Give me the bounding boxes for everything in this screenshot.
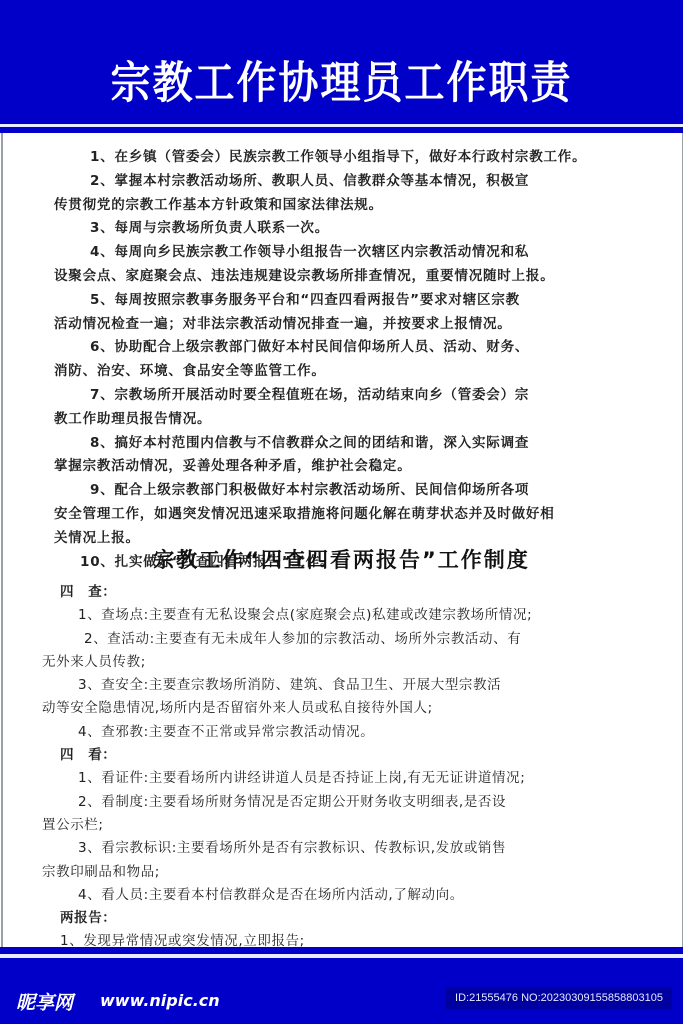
look-line: 1、看证件:主要看场所内讲经讲道人员是否持证上岗,有无无证讲道情况;: [78, 770, 525, 786]
look-item-4: 4、看人员:主要看本村信教群众是否在场所内活动,了解动向。: [60, 884, 640, 907]
duty-item-1: 1、在乡镇（管委会）民族宗教工作领导小组指导下，做好本行政村宗教工作。: [72, 146, 632, 170]
two-reports-heading: 两报告：: [60, 907, 640, 930]
duty-line: 传贯彻党的宗教工作基本方针政策和国家法律法规。: [54, 197, 383, 213]
duty-line: 掌握宗教活动情况，妥善处理各种矛盾，维护社会稳定。: [54, 458, 412, 474]
check-line: 2、查活动:主要查有无未成年人参加的宗教活动、场所外宗教活动、有: [84, 631, 521, 647]
duty-line: 5、每周按照宗教事务服务平台和“四查四看两报告”要求对辖区宗教: [90, 292, 520, 308]
system-rules: 四 查： 1、查场点:主要查有无私设聚会点(家庭聚会点)私建或改建宗教场所情况;…: [60, 581, 640, 977]
footer-divider-strip: [0, 947, 683, 954]
duty-line: 活动情况检查一遍；对非法宗教活动情况排查一遍，并按要求上报情况。: [54, 316, 512, 332]
duty-item-2: 2、掌握本村宗教活动场所、教职人员、信教群众等基本情况，积极宣传贯彻党的宗教工作…: [72, 170, 632, 218]
duty-line: 消防、治安、环境、食品安全等监管工作。: [54, 363, 326, 379]
watermark-logo: 昵享网: [16, 988, 73, 1015]
duty-line: 设聚会点、家庭聚会点、违法违规建设宗教场所排查情况，重要情况随时上报。: [54, 268, 555, 284]
duty-item-9: 9、配合上级宗教部门积极做好本村宗教活动场所、民间信仰场所各项安全管理工作，如遇…: [72, 479, 632, 550]
check-item-3: 3、查安全:主要查宗教场所消防、建筑、食品卫生、开展大型宗教活动等安全隐患情况,…: [60, 674, 640, 721]
header-banner: 宗教工作协理员工作职责: [0, 0, 683, 124]
duty-line: 安全管理工作，如遇突发情况迅速采取措施将问题化解在萌芽状态并及时做好相: [54, 506, 555, 522]
look-line: 2、看制度:主要看场所财务情况是否定期公开财务收支明细表,是否设: [78, 794, 506, 810]
check-line: 4、查邪教:主要查不正常或异常宗教活动情况。: [78, 724, 374, 740]
check-item-2: 2、查活动:主要查有无未成年人参加的宗教活动、场所外宗教活动、有无外来人员传教;: [60, 628, 640, 675]
duty-line: 1、在乡镇（管委会）民族宗教工作领导小组指导下，做好本行政村宗教工作。: [90, 149, 586, 165]
check-line: 动等安全隐患情况,场所内是否留宿外来人员或私自接待外国人;: [42, 700, 433, 716]
duty-item-5: 5、每周按照宗教事务服务平台和“四查四看两报告”要求对辖区宗教活动情况检查一遍；…: [72, 289, 632, 337]
footer-banner: 昵享网 www.nipic.cn ID:21555476 NO:20230309…: [0, 958, 683, 1024]
duty-line: 3、每周与宗教场所负责人联系一次。: [90, 220, 329, 236]
check-line: 无外来人员传教;: [42, 654, 146, 670]
duty-item-4: 4、每周向乡民族宗教工作领导小组报告一次辖区内宗教活动情况和私设聚会点、家庭聚会…: [72, 241, 632, 289]
duty-line: 9、配合上级宗教部门积极做好本村宗教活动场所、民间信仰场所各项: [90, 482, 529, 498]
look-item-1: 1、看证件:主要看场所内讲经讲道人员是否持证上岗,有无无证讲道情况;: [60, 767, 640, 790]
duty-item-6: 6、协助配合上级宗教部门做好本村民间信仰场所人员、活动、财务、消防、治安、环境、…: [72, 336, 632, 384]
watermark-id: ID:21555476 NO:20230309155858803105: [446, 987, 672, 1009]
look-item-3: 3、看宗教标识:主要看场所外是否有宗教标识、传教标识,发放或销售宗教印刷品和物品…: [60, 837, 640, 884]
duty-line: 4、每周向乡民族宗教工作领导小组报告一次辖区内宗教活动情况和私: [90, 244, 529, 260]
duty-line: 8、搞好本村范围内信教与不信教群众之间的团结和谐，深入实际调查: [90, 435, 529, 451]
duty-line: 7、宗教场所开展活动时要全程值班在场，活动结束向乡（管委会）宗: [90, 387, 529, 403]
look-line: 置公示栏;: [42, 817, 104, 833]
duty-line: 2、掌握本村宗教活动场所、教职人员、信教群众等基本情况，积极宣: [90, 173, 529, 189]
check-line: 1、查场点:主要查有无私设聚会点(家庭聚会点)私建或改建宗教场所情况;: [78, 607, 532, 623]
page-title: 宗教工作协理员工作职责: [111, 48, 573, 111]
check-item-4: 4、查邪教:主要查不正常或异常宗教活动情况。: [60, 721, 640, 744]
duty-line: 6、协助配合上级宗教部门做好本村民间信仰场所人员、活动、财务、: [90, 339, 529, 355]
duty-item-7: 7、宗教场所开展活动时要全程值班在场，活动结束向乡（管委会）宗教工作助理员报告情…: [72, 384, 632, 432]
look-item-2: 2、看制度:主要看场所财务情况是否定期公开财务收支明细表,是否设置公示栏;: [60, 791, 640, 838]
watermark-url: www.nipic.cn: [100, 991, 220, 1010]
duty-line: 教工作助理员报告情况。: [54, 411, 211, 427]
look-line: 3、看宗教标识:主要看场所外是否有宗教标识、传教标识,发放或销售: [78, 840, 506, 856]
check-line: 3、查安全:主要查宗教场所消防、建筑、食品卫生、开展大型宗教活: [78, 677, 501, 693]
system-title: 宗教工作“四查四看两报告”工作制度: [0, 544, 683, 574]
four-checks-heading: 四 查：: [60, 581, 640, 604]
look-line: 宗教印刷品和物品;: [42, 864, 160, 880]
check-item-1: 1、查场点:主要查有无私设聚会点(家庭聚会点)私建或改建宗教场所情况;: [60, 604, 640, 627]
four-looks-heading: 四 看：: [60, 744, 640, 767]
duty-item-8: 8、搞好本村范围内信教与不信教群众之间的团结和谐，深入实际调查掌握宗教活动情况，…: [72, 432, 632, 480]
duties-list: 1、在乡镇（管委会）民族宗教工作领导小组指导下，做好本行政村宗教工作。 2、掌握…: [72, 146, 632, 574]
look-line: 4、看人员:主要看本村信教群众是否在场所内活动,了解动向。: [78, 887, 464, 903]
duty-item-3: 3、每周与宗教场所负责人联系一次。: [72, 217, 632, 241]
